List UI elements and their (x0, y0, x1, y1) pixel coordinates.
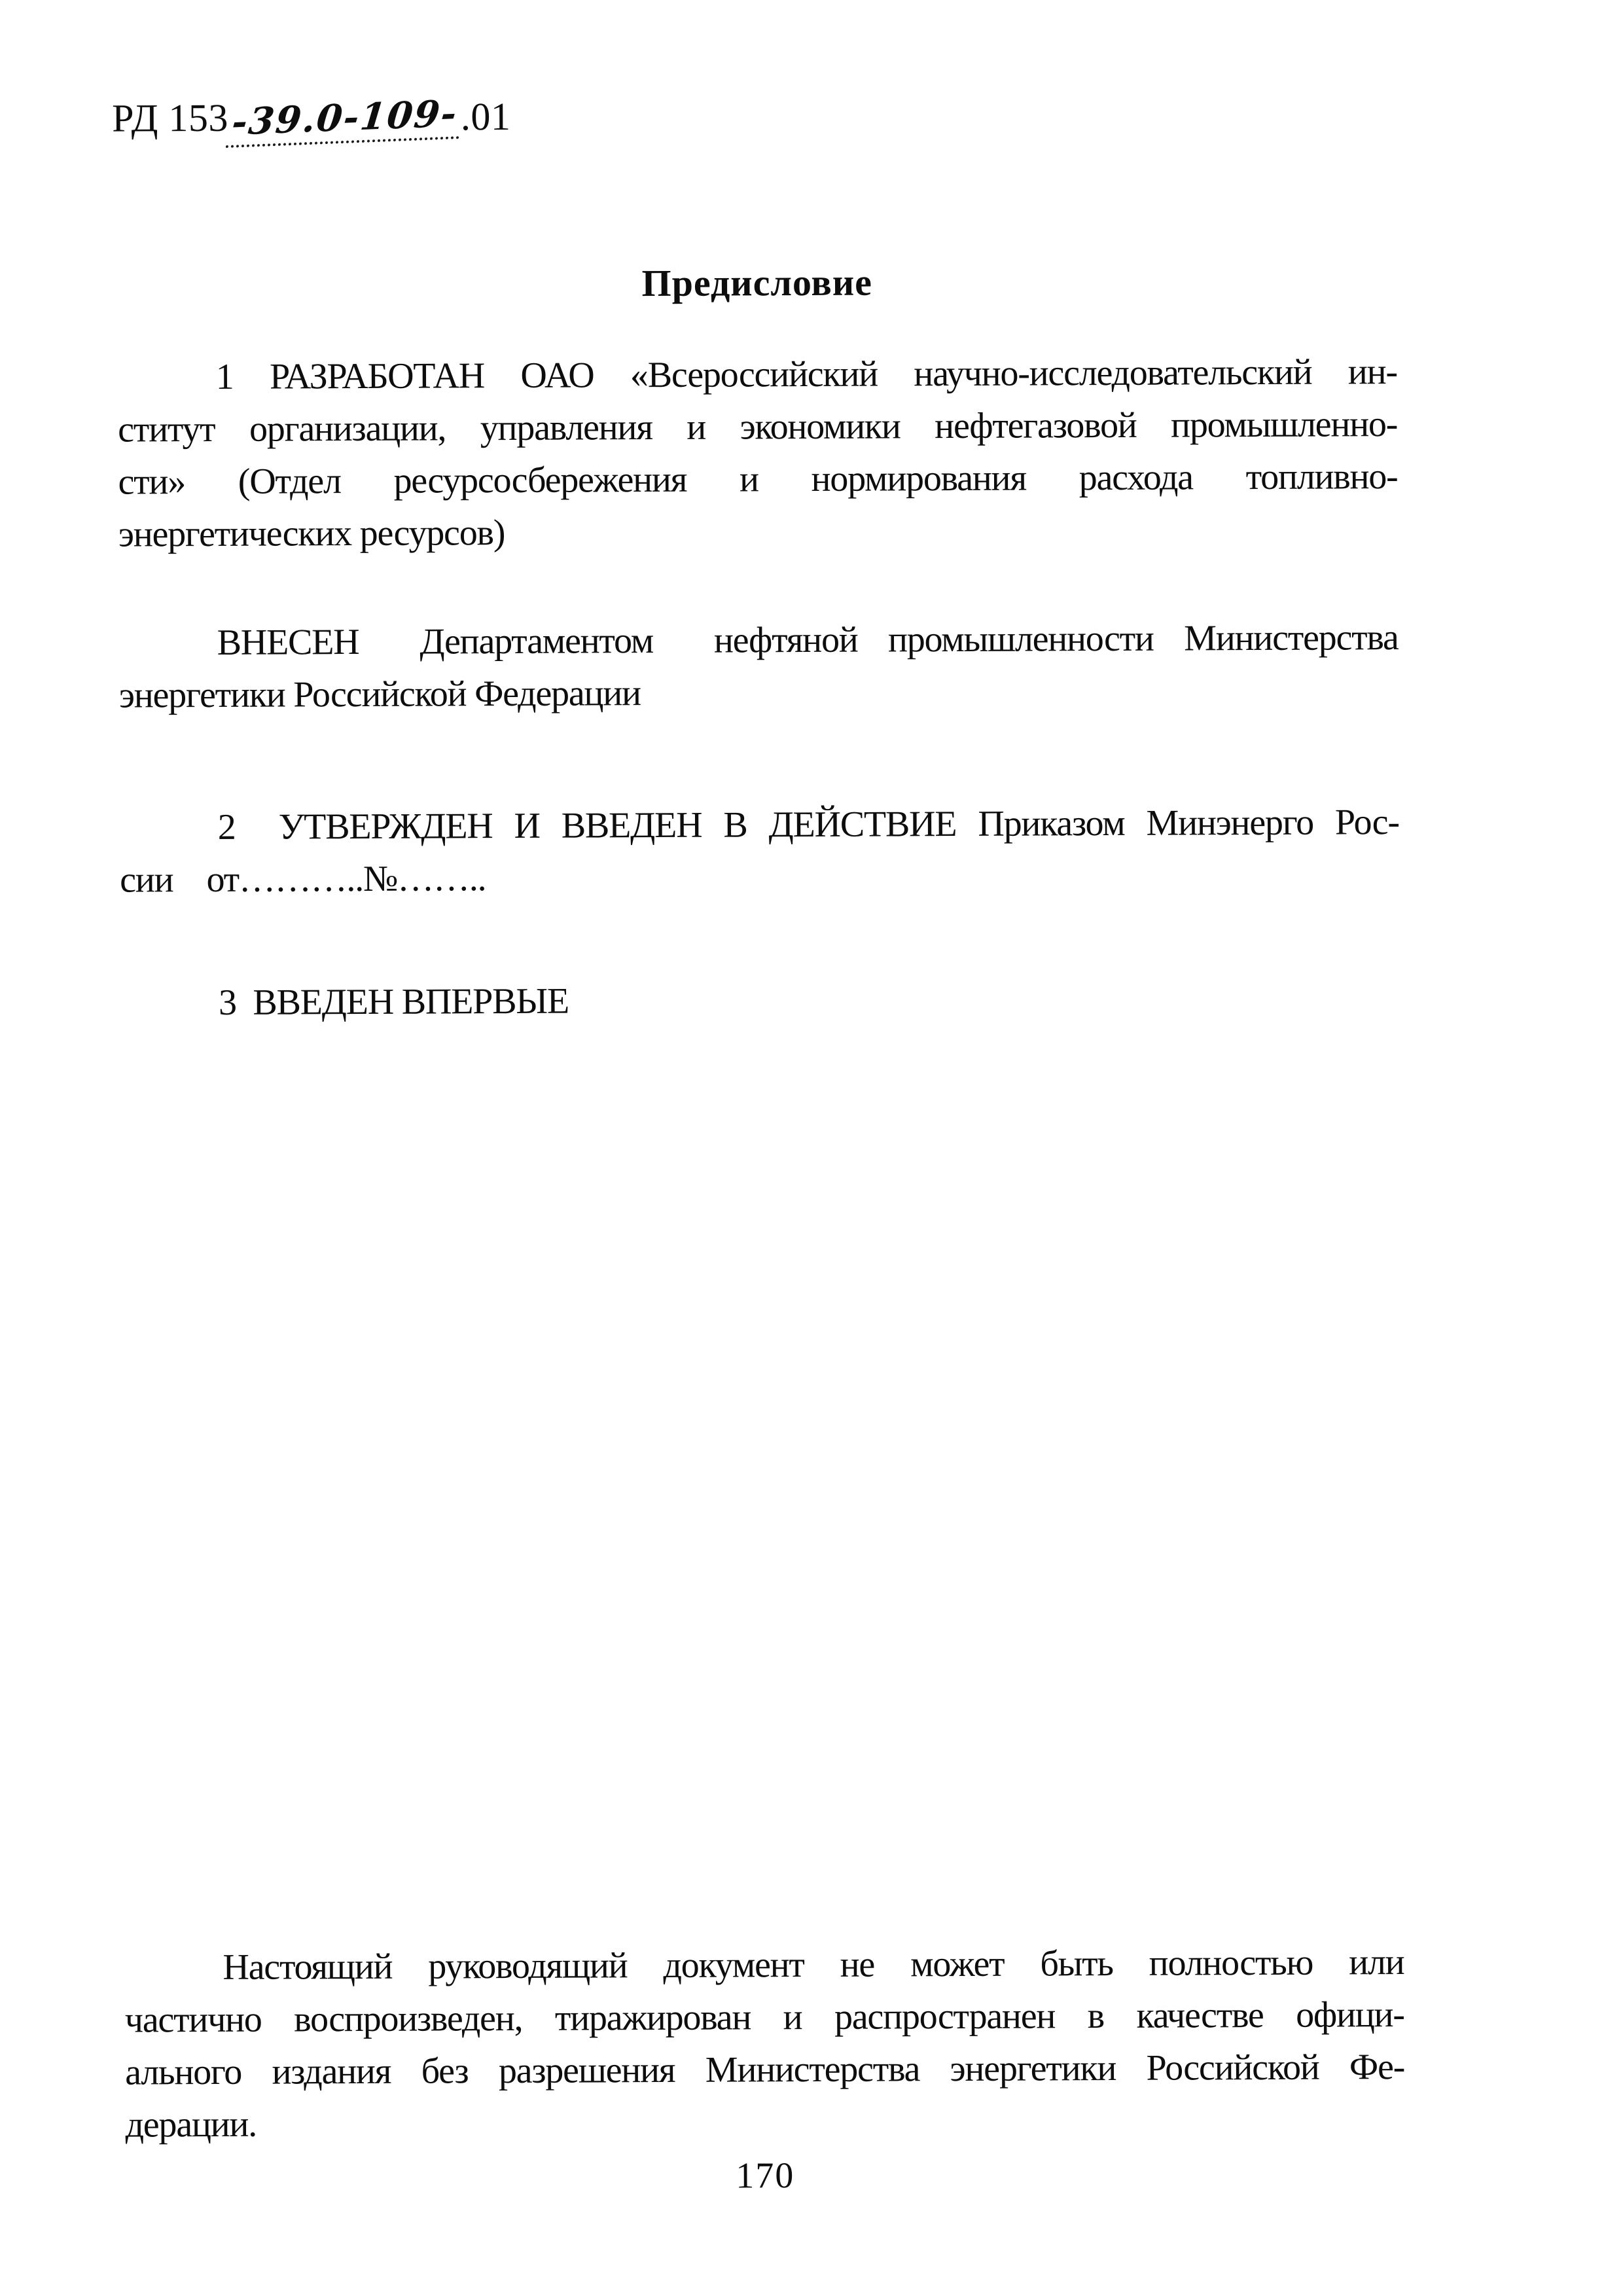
paragraph-line: 2 УТВЕРЖДЕН И ВВЕДЕН В ДЕЙСТВИЕ Приказом… (120, 796, 1399, 854)
document-code-prefix: РД 153 (112, 96, 228, 140)
paragraph-approved: 2 УТВЕРЖДЕН И ВВЕДЕН В ДЕЙСТВИЕ Приказом… (120, 796, 1400, 906)
section-title: Предисловие (117, 258, 1397, 308)
scan-content: РД 153-39.0-109-.01 Предисловие 1 РАЗРАБ… (0, 0, 1623, 2296)
paragraph-line: энергетики Российской Федерации (119, 664, 1399, 722)
paragraph-line: ального издания без разрешения Министерс… (125, 2041, 1404, 2099)
paragraph-line: энергетических ресурсов) (118, 503, 1398, 561)
paragraph-copyright: Настоящий руководящий документ не может … (124, 1936, 1404, 2151)
document-code-suffix: .01 (461, 95, 511, 138)
paragraph-line: ВНЕСЕН Департаментом нефтяной промышленн… (118, 611, 1398, 670)
paragraph-line: сии от………..№…….. (120, 848, 1399, 906)
document-code: РД 153-39.0-109-.01 (112, 94, 511, 145)
paragraph-line: Настоящий руководящий документ не может … (124, 1936, 1404, 1994)
paragraph-line: ститут организации, управления и экономи… (118, 398, 1397, 456)
paragraph-line: дерации. (125, 2093, 1404, 2151)
paragraph-developed: 1 РАЗРАБОТАН ОАО «Всероссийский научно-и… (118, 346, 1398, 561)
page-number: 170 (126, 2152, 1405, 2200)
paragraph-introduced: 3 ВВЕДЕН ВПЕРВЫЕ (120, 971, 1400, 1030)
paragraph-line: 1 РАЗРАБОТАН ОАО «Всероссийский научно-и… (118, 346, 1397, 404)
paragraph-submitted: ВНЕСЕН Департаментом нефтяной промышленн… (118, 611, 1399, 722)
paragraph-line: сти» (Отдел ресурсосбережения и нормиров… (118, 450, 1397, 509)
scanned-document-page: РД 153-39.0-109-.01 Предисловие 1 РАЗРАБ… (0, 0, 1623, 2296)
document-code-handwritten: -39.0-109- (226, 92, 464, 148)
paragraph-line: частично воспроизведен, тиражирован и ра… (125, 1988, 1404, 2047)
paragraph-line: 3 ВВЕДЕН ВПЕРВЫЕ (120, 971, 1400, 1030)
